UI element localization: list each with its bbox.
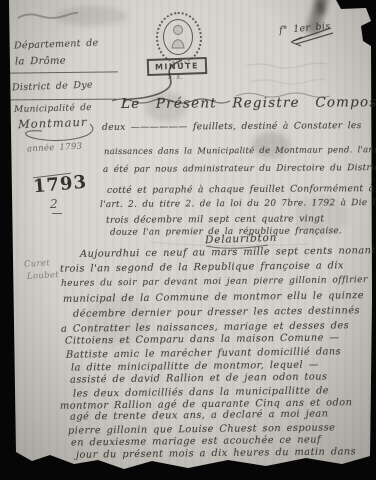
- margin-municipality-line1: Municipalité de: [14, 103, 92, 115]
- register-line: trois décembre mil sept cent quatre ving…: [106, 213, 324, 226]
- register-line: Le Présent Registre Composé de: [121, 94, 376, 112]
- margin-number: 2: [50, 197, 58, 211]
- stamp-value: 5. s.: [147, 73, 203, 81]
- official-signature: Delauribton: [205, 232, 278, 247]
- margin-dash: [52, 213, 62, 214]
- stamp-inner-ring: [163, 19, 193, 55]
- paper-stain: [55, 6, 127, 26]
- margin-name-note-line2: Loubet: [27, 270, 59, 282]
- register-line: naissances dans la Municipalité de Montm…: [104, 144, 376, 156]
- fiscal-stamp: MINUTE 5. s.: [147, 10, 207, 82]
- register-line: a été par nous administrateur du Directo…: [103, 163, 376, 175]
- register-line: deux —————— feuillets, destiné à Constat…: [102, 120, 362, 133]
- scanned-register-page: MINUTE 5. s. f° 1er bis Département de l…: [0, 0, 376, 480]
- register-line: cotté et paraphé à chaque feuillet Confo…: [107, 183, 374, 196]
- margin-municipality-line2: Montmaur: [18, 115, 88, 131]
- register-line: l'art. 2. du titre 2. de la loi du 20 7b…: [100, 198, 376, 210]
- margin-department-line2: la Drôme: [15, 56, 66, 68]
- stamp-figure-icon: [164, 20, 192, 54]
- margin-name-note-line1: Curet: [24, 258, 50, 269]
